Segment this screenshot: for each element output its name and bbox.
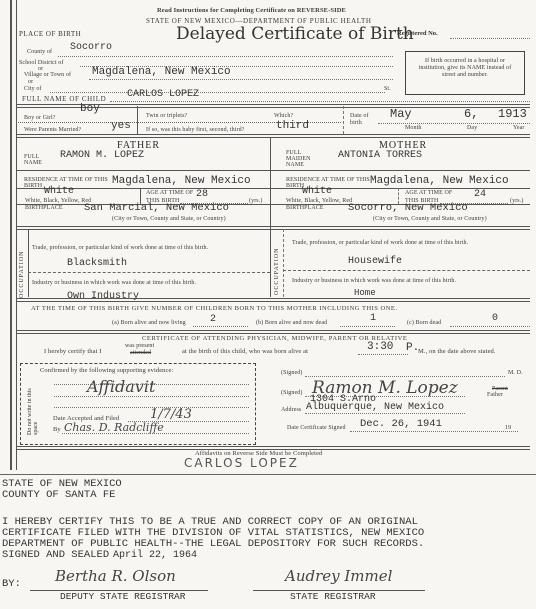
dob-year-field[interactable]: 1913 [498,107,527,121]
certify-suffix: M., on the date above stated. [418,348,496,355]
place-of-birth-label: PLACE OF BIRTH [19,30,81,38]
alive-field[interactable]: 2 [210,314,216,325]
stillborn-label: (c) Born dead [407,320,441,326]
certify-mid: at the birth of this child, who was born… [182,348,308,355]
father-birthplace-label: BIRTHPLACE [25,205,63,211]
cert-divider [0,474,536,475]
dead-field[interactable]: 1 [370,313,376,324]
father-name-field[interactable]: RAMON M. LOPEZ [60,150,144,161]
order-label: If so, was this baby first, second, thir… [146,127,245,133]
dob-label: Date of birth [350,113,380,127]
address-line2-field[interactable]: Albuquerque, New Mexico [306,402,444,413]
cert-county: COUNTY OF SANTA FE [2,489,115,501]
document-title: Delayed Certificate of Birth [176,24,414,44]
instructions-line: Read Instructions for Completing Certifi… [157,7,346,14]
accepted-by-label: By [53,426,61,433]
twin-label: Twin or triplets? [146,113,187,119]
children-heading: AT THE TIME OF THIS BIRTH GIVE NUMBER OF… [31,305,398,312]
city-label: City of [24,86,42,92]
do-not-write-note: Do not write in this space [27,375,41,435]
father-name-label: FULL NAME [24,154,46,166]
father-birthplace-field[interactable]: San Marcial, New Mexico [84,202,229,214]
address-label: Address [281,407,301,413]
attended-option[interactable]: attended [130,350,151,356]
mother-industry-label: Industry or business in which work was d… [292,278,456,284]
father-age-field[interactable]: 28 [196,189,208,200]
dead-label: (b) Born alive and now dead [256,320,327,326]
stillborn-field[interactable]: 0 [492,313,498,324]
evidence-field[interactable]: Affidavit [87,377,155,396]
date-signed-field[interactable]: Dec. 26, 1941 [360,418,442,430]
father-industry-label: Industry or business in which work was d… [32,280,196,286]
mother-trade-label: Trade, profession, or particular kind of… [292,240,517,247]
cert-signed-date: April 22, 1964 [113,550,197,561]
cert-signed-sealed-label: SIGNED AND SEALED [2,549,109,561]
certify-prefix: I hereby certify that I [44,348,102,355]
registrar-title: STATE REGISTRAR [290,591,376,603]
birth-time-field[interactable]: 3:30 [367,341,393,353]
mother-trade-field[interactable]: Housewife [348,256,402,267]
mother-birthplace-label: BIRTHPLACE [286,205,324,211]
accepted-date-field[interactable]: 1/7/43 [150,407,192,422]
was-present-option[interactable]: was present [125,343,154,349]
village-label: Village or Town of [24,72,71,78]
sex-label: Boy or Girl? [24,115,56,121]
deputy-title: DEPUTY STATE REGISTRAR [60,591,185,603]
child-name-field[interactable]: CARLOS LOPEZ [127,89,199,100]
father-race-field[interactable]: White [44,186,74,197]
registered-no-label[interactable]: Registered No. [397,30,438,37]
cert-by-label: BY: [2,578,21,590]
accepted-by-signature[interactable]: Chas. D. Radcliffe [64,421,164,434]
dob-day-field[interactable]: 6, [464,107,478,121]
form-left-border-inner [16,0,17,470]
which-label: Which? [274,113,293,119]
mother-industry-field[interactable]: Home [354,288,376,298]
child-name-label: FULL NAME OF CHILD [22,95,106,103]
alive-label: (a) Born alive and now living [112,320,186,326]
mother-age-field[interactable]: 24 [474,189,486,200]
father-trade-label: Trade, profession, or particular kind of… [32,245,257,252]
sex-field[interactable]: boy [80,103,100,115]
mother-name-label: FULL MAIDEN NAME [286,150,311,168]
father-trade-field[interactable]: Blacksmith [67,258,127,269]
handwritten-name: CARLOS LOPEZ [184,456,299,470]
deputy-signature: Bertha R. Olson [55,567,176,585]
parents-divider [270,137,271,297]
married-label: Were Parents Married? [24,127,81,133]
village-field[interactable]: Magdalena, New Mexico [92,66,231,78]
county-field[interactable]: Socorro [70,42,112,53]
father-occupation-side: OCCUPATION [19,243,25,298]
form-left-border [10,0,12,470]
evidence-label: Confirmed by the following supporting ev… [40,367,173,374]
order-field[interactable]: third [276,120,309,132]
mother-name-field[interactable]: ANTONIA TORRES [338,150,422,161]
county-label: County of [27,49,52,55]
date-signed-label: Date Certificate Signed [287,425,346,431]
dob-month-field[interactable]: May [390,107,412,121]
mother-birthplace-field[interactable]: Socorro, New Mexico [348,202,468,214]
registrar-signature: Audrey Immel [285,567,392,585]
mother-occupation-side: OCCUPATION [274,240,280,295]
father-residence-field[interactable]: Magdalena, New Mexico [112,175,251,187]
hospital-note: If birth occurred in a hospital or insti… [412,58,518,79]
mother-race-field[interactable]: White [302,186,332,197]
mother-residence-field[interactable]: Magdalena, New Mexico [370,175,509,187]
married-field[interactable]: yes [111,120,131,132]
